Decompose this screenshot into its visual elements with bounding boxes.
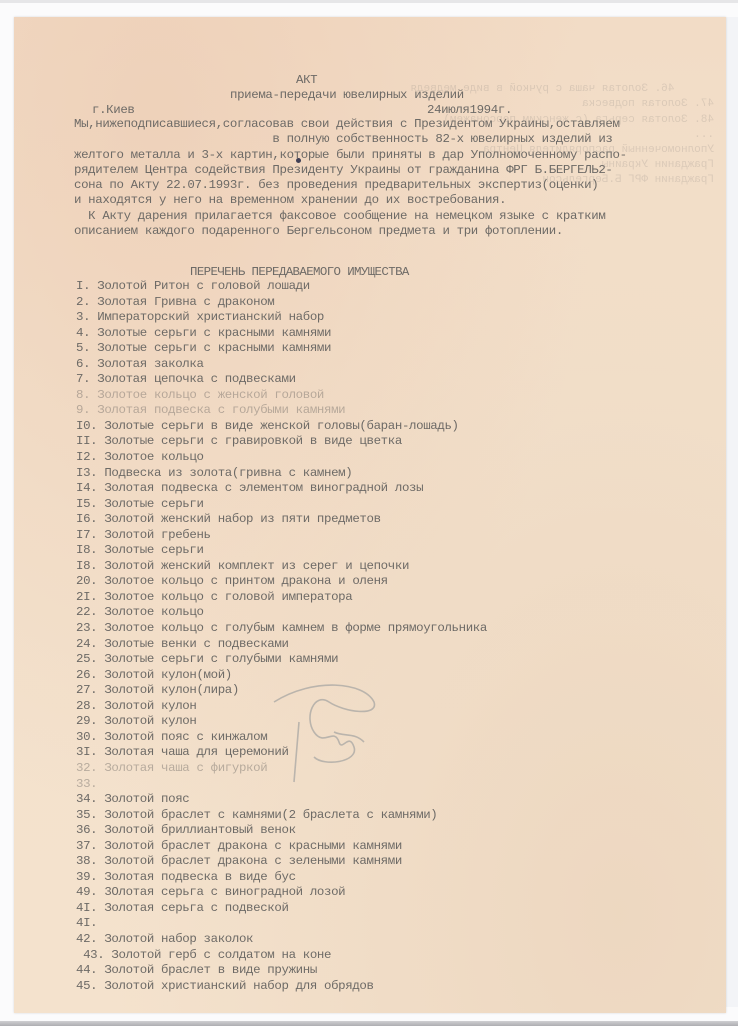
paragraph-line: К Акту дарения прилагается факсовое сооб… bbox=[74, 209, 694, 224]
list-item: 26. Золотой кулон(мой) bbox=[76, 668, 487, 684]
scanned-page: 46. Золотая чаша с ручкой в виде медведя… bbox=[14, 17, 726, 1013]
list-item: 38. Золотой браслет дракона с зелеными к… bbox=[76, 854, 487, 870]
list-item: 5. Золотые серьги с красными камнями bbox=[76, 341, 487, 357]
paragraph-line: Мы,нижеподписавшиеся,согласовав свои дей… bbox=[74, 117, 694, 132]
list-item: 25. Золотые серьги с голубыми камнями bbox=[76, 652, 487, 668]
list-item: 4I. Золотая серьга с подвеской bbox=[76, 901, 487, 917]
document-viewer: 46. Золотая чаша с ручкой в виде медведя… bbox=[0, 0, 738, 1026]
list-item: I7. Золотой гребень bbox=[76, 528, 487, 544]
document-city: г.Киев bbox=[92, 103, 135, 117]
list-title: ПЕРЕЧЕНЬ ПЕРЕДАВАЕМОГО ИМУЩЕСТВА bbox=[190, 265, 409, 279]
paragraph-line: и находятся у него на временном хранении… bbox=[74, 193, 694, 208]
list-item: 2I. Золотое кольцо с головой императора bbox=[76, 590, 487, 606]
list-item: 2. Золотая Гривна с драконом bbox=[76, 295, 487, 311]
list-item: I. Золотой Ритон с головой лошади bbox=[76, 279, 487, 295]
paragraph-line: в полную собственность 82-х ювелирных из… bbox=[74, 132, 694, 147]
bleed-line: ... bbox=[694, 129, 714, 141]
list-item: I8. Золотой женский комплект из серег и … bbox=[76, 559, 487, 575]
list-item: I8. Золотые серьги bbox=[76, 543, 487, 559]
list-item: 45. Золотой христианский набор для обряд… bbox=[76, 979, 487, 995]
document-date: 24июля1994г. bbox=[427, 103, 512, 117]
list-item: 30. Золотой пояс с кинжалом bbox=[76, 730, 487, 746]
list-item: 43. Золотой герб с солдатом на коне bbox=[76, 948, 487, 964]
bleed-line: 47. Золотая подвеска bbox=[582, 98, 714, 110]
list-item: 44. Золотой браслет в виде пружины bbox=[76, 963, 487, 979]
list-item: I3. Подвеска из золота(гривна с камнем) bbox=[76, 466, 487, 482]
document-subtitle: приема-передачи ювелирных изделий bbox=[230, 88, 464, 102]
list-item: 4I. bbox=[76, 916, 487, 932]
list-item: 28. Золотой кулон bbox=[76, 699, 487, 715]
list-item: I5. Золотые серьги bbox=[76, 497, 487, 513]
list-item: 33. bbox=[76, 777, 487, 793]
list-item: 9. Золотая подвеска с голубыми камнями bbox=[76, 403, 487, 419]
list-item: 49. 3Олотая серьга с виноградной лозой bbox=[76, 885, 487, 901]
list-item: 24. Золотые венки с подвесками bbox=[76, 637, 487, 653]
intro-paragraph: Мы,нижеподписавшиеся,согласовав свои дей… bbox=[74, 117, 694, 239]
list-item: 35. Золотой браслет с камнями(2 браслета… bbox=[76, 808, 487, 824]
list-item: 4. Золотые серьги с красными камнями bbox=[76, 326, 487, 342]
ink-dot bbox=[296, 158, 301, 163]
paragraph-line: рядителем Центра содействия Президенту У… bbox=[74, 163, 694, 178]
list-item: 39. Золотая подвеска в виде бус bbox=[76, 870, 487, 886]
viewer-scroll-gutter[interactable] bbox=[724, 17, 738, 1007]
list-item: 37. Золотой браслет дракона с красными к… bbox=[76, 839, 487, 855]
property-list: I. Золотой Ритон с головой лошади2. Золо… bbox=[76, 279, 487, 994]
list-item: 3. Императорский христианский набор bbox=[76, 310, 487, 326]
list-item: 36. Золотой бриллиантовый венок bbox=[76, 823, 487, 839]
list-item: II. Золотые серьги с гравировкой в виде … bbox=[76, 434, 487, 450]
list-item: 3I. Золотая чаша для церемоний bbox=[76, 745, 487, 761]
list-item: 6. Золотая заколка bbox=[76, 357, 487, 373]
list-item: 22. Золотое кольцо bbox=[76, 605, 487, 621]
list-item: 7. Золотая цепочка с подвесками bbox=[76, 372, 487, 388]
paragraph-line: желтого металла и 3-х картин,которые был… bbox=[74, 148, 694, 163]
paragraph-line: сона по Акту 22.07.1993г. без проведения… bbox=[74, 178, 694, 193]
list-item: 32. Золотая чаша с фигуркой bbox=[76, 761, 487, 777]
list-item: 8. Золотое кольцо с женской головой bbox=[76, 388, 487, 404]
list-item: 34. Золотой пояс bbox=[76, 792, 487, 808]
document-title: АКТ bbox=[296, 73, 317, 87]
list-item: 29. Золотой кулон bbox=[76, 714, 487, 730]
paragraph-line: описанием каждого подаренного Бергельсон… bbox=[74, 224, 694, 239]
list-item: I4. Золотая подвеска с элементом виногра… bbox=[76, 481, 487, 497]
list-item: 20. Золотое кольцо с принтом дракона и о… bbox=[76, 574, 487, 590]
list-item: I6. Золотой женский набор из пяти предме… bbox=[76, 512, 487, 528]
list-item: 27. Золотой кулон(лира) bbox=[76, 683, 487, 699]
list-item: 42. Золотой набор заколок bbox=[76, 932, 487, 948]
viewer-bottom-bar bbox=[0, 1021, 738, 1026]
list-item: I2. Золотое кольцо bbox=[76, 450, 487, 466]
list-item: 23. Золотое кольцо с голубым камнем в фо… bbox=[76, 621, 487, 637]
list-item: I0. Золотые серьги в виде женской головы… bbox=[76, 419, 487, 435]
